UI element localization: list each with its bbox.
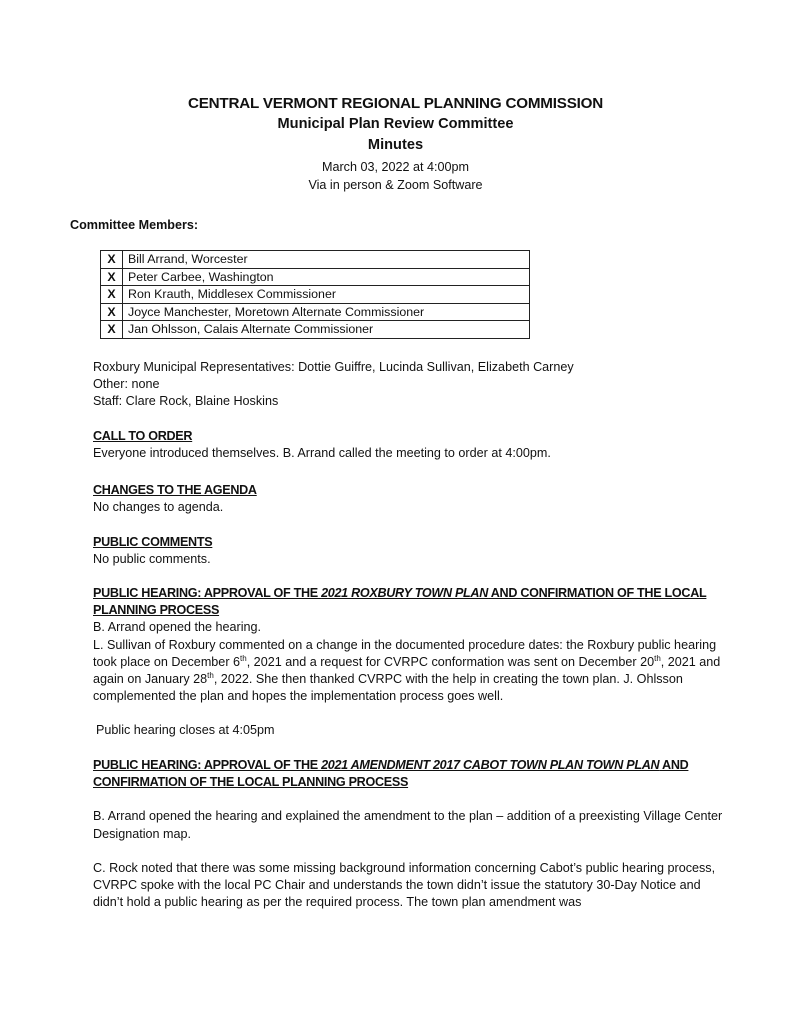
cabot-paragraph-2: C. Rock noted that there was some missin… xyxy=(93,860,733,912)
section-heading: PUBLIC HEARING: APPROVAL OF THE 2021 AME… xyxy=(93,757,733,791)
cabot-paragraph-1: B. Arrand opened the hearing and explain… xyxy=(93,808,733,842)
comment-text: , 2021 and a request for CVRPC conformat… xyxy=(247,655,654,669)
member-name: Jan Ohlsson, Calais Alternate Commission… xyxy=(123,321,530,339)
committee-title: Municipal Plan Review Committee xyxy=(0,116,791,132)
member-name: Bill Arrand, Worcester xyxy=(123,251,530,269)
document-page: CENTRAL VERMONT REGIONAL PLANNING COMMIS… xyxy=(0,0,791,1024)
heading-plan-name: 2021 ROXBURY TOWN PLAN xyxy=(321,586,488,600)
member-name: Joyce Manchester, Moretown Alternate Com… xyxy=(123,303,530,321)
committee-members-table: X Bill Arrand, Worcester X Peter Carbee,… xyxy=(100,250,530,339)
municipal-representatives: Roxbury Municipal Representatives: Dotti… xyxy=(93,359,733,376)
section-heading: PUBLIC HEARING: APPROVAL OF THE 2021 ROX… xyxy=(93,585,733,619)
ordinal-suffix: th xyxy=(207,671,214,680)
member-name: Ron Krauth, Middlesex Commissioner xyxy=(123,286,530,304)
public-comments-section: PUBLIC COMMENTS No public comments. xyxy=(93,534,733,568)
hearing-closes: Public hearing closes at 4:05pm xyxy=(93,722,733,739)
call-to-order-section: CALL TO ORDER Everyone introduced themse… xyxy=(93,428,733,462)
roxbury-hearing-section: PUBLIC HEARING: APPROVAL OF THE 2021 ROX… xyxy=(93,585,733,740)
section-body: No public comments. xyxy=(93,551,733,568)
member-name: Peter Carbee, Washington xyxy=(123,268,530,286)
hearing-opened: B. Arrand opened the hearing. xyxy=(93,619,733,636)
present-mark: X xyxy=(101,251,123,269)
table-row: X Ron Krauth, Middlesex Commissioner xyxy=(101,286,530,304)
table-row: X Bill Arrand, Worcester xyxy=(101,251,530,269)
table-row: X Joyce Manchester, Moretown Alternate C… xyxy=(101,303,530,321)
hearing-comment: L. Sullivan of Roxbury commented on a ch… xyxy=(93,637,733,706)
ordinal-suffix: th xyxy=(654,654,661,663)
present-mark: X xyxy=(101,321,123,339)
attendance-block: Roxbury Municipal Representatives: Dotti… xyxy=(93,359,733,411)
heading-text: PUBLIC HEARING: APPROVAL OF THE xyxy=(93,586,321,600)
table-row: X Jan Ohlsson, Calais Alternate Commissi… xyxy=(101,321,530,339)
table-row: X Peter Carbee, Washington xyxy=(101,268,530,286)
present-mark: X xyxy=(101,268,123,286)
present-mark: X xyxy=(101,303,123,321)
organization-title: CENTRAL VERMONT REGIONAL PLANNING COMMIS… xyxy=(0,95,791,112)
section-heading: CHANGES TO THE AGENDA xyxy=(93,482,733,499)
ordinal-suffix: th xyxy=(240,654,247,663)
heading-text: PUBLIC HEARING: APPROVAL OF THE xyxy=(93,758,321,772)
other-attendees: Other: none xyxy=(93,376,733,393)
cabot-hearing-section: PUBLIC HEARING: APPROVAL OF THE 2021 AME… xyxy=(93,757,733,911)
agenda-changes-section: CHANGES TO THE AGENDA No changes to agen… xyxy=(93,482,733,516)
staff-attendees: Staff: Clare Rock, Blaine Hoskins xyxy=(93,393,733,410)
meeting-venue: Via in person & Zoom Software xyxy=(0,178,791,192)
committee-members-label: Committee Members: xyxy=(70,218,198,232)
section-heading: PUBLIC COMMENTS xyxy=(93,534,733,551)
section-heading: CALL TO ORDER xyxy=(93,428,733,445)
meeting-date: March 03, 2022 at 4:00pm xyxy=(0,160,791,174)
present-mark: X xyxy=(101,286,123,304)
section-body: Everyone introduced themselves. B. Arran… xyxy=(93,445,733,462)
heading-plan-name: 2021 AMENDMENT 2017 CABOT TOWN PLAN TOWN… xyxy=(321,758,659,772)
section-body: No changes to agenda. xyxy=(93,499,733,516)
document-type: Minutes xyxy=(0,137,791,153)
